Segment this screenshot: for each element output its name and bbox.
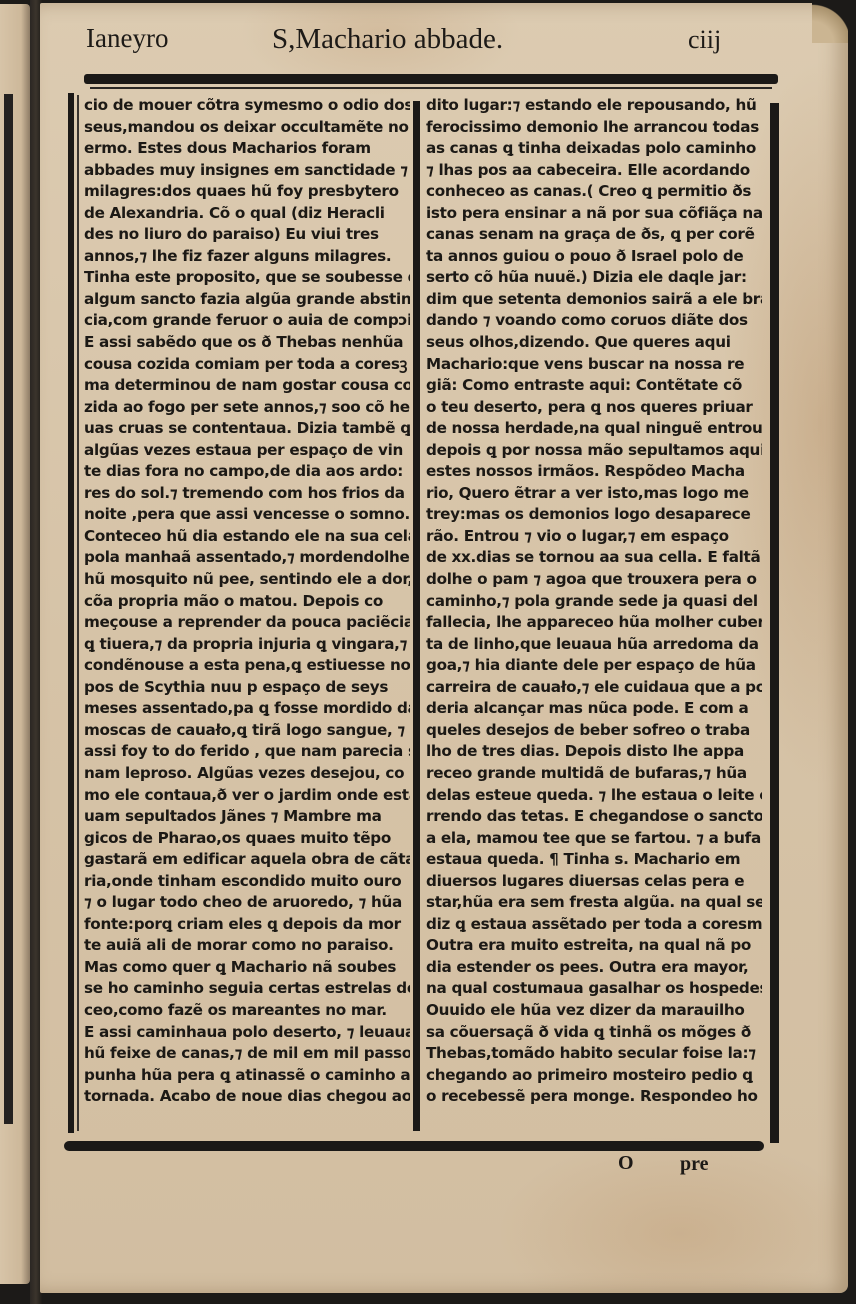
text-line: Tinha este proposito, que se soubesse qu…: [84, 267, 410, 289]
text-line: o teu deserto, pera ꝗ nos queres priuar: [426, 397, 762, 419]
text-line: punha hũa pera ꝗ atinassẽ o caminho as: [84, 1065, 410, 1087]
text-line: cia,com grande feruor o auia de compↄir: [84, 310, 410, 332]
text-line: diz ꝗ estaua assẽtado per toda a coresma…: [426, 914, 762, 936]
text-line: carreira de cauało,⁊ ele cuidaua que a p…: [426, 677, 762, 699]
text-line: moscas de cauało,ꝗ tirã logo sangue, ⁊: [84, 720, 410, 742]
catchword: pre: [680, 1153, 709, 1176]
text-line: as canas ꝗ tinha deixadas polo caminho: [426, 138, 762, 160]
text-line: cio de mouer cõtra symesmo o odio dos: [84, 95, 410, 117]
text-line: hũ mosquito nũ pee, sentindo ele a dor,: [84, 569, 410, 591]
text-line: meses assentado,pa ꝗ fosse mordido das: [84, 698, 410, 720]
text-line: rrendo das tetas. E chegandose o sancto: [426, 806, 762, 828]
text-line: sa cõuersaçã ð vida ꝗ tinhã os mõges ð: [426, 1022, 762, 1044]
text-line: a ela, mamou tee que se fartou. ⁊ a bufa…: [426, 828, 762, 850]
text-line: annos,⁊ lhe fiz fazer alguns milagres.: [84, 246, 410, 268]
text-line: rão. Entrou ⁊ vio o lugar,⁊ em espaço: [426, 526, 762, 548]
text-line: ria,onde tinham escondido muito ouro: [84, 871, 410, 893]
text-line: uas cruas se contentaua. Dizia tambẽ ꝗ: [84, 418, 410, 440]
text-line: ermo. Estes dous Macharios foram: [84, 138, 410, 160]
text-line: receo grande multidã de bufaras,⁊ hũa: [426, 763, 762, 785]
text-line: o recebessẽ pera monge. Respondeo ho: [426, 1086, 762, 1108]
text-line: meçouse a reprender da pouca paciẽcia: [84, 612, 410, 634]
text-line: trey:mas os demonios logo desaparece: [426, 504, 762, 526]
left-border-rule: [68, 93, 74, 1133]
text-line: Outra era muito estreita, na qual nã po: [426, 935, 762, 957]
text-column-left: cio de mouer cõtra symesmo o odio dosseu…: [84, 95, 410, 1108]
text-line: Machario:que vens buscar na nossa re: [426, 354, 762, 376]
text-line: zida ao fogo per sete annos,⁊ soo cõ her: [84, 397, 410, 419]
signature-mark: O: [618, 1152, 634, 1175]
text-line: fonte:porꝗ criam eles ꝗ depois da mor: [84, 914, 410, 936]
text-line: mo ele contaua,ð ver o jardim onde esta:: [84, 785, 410, 807]
text-line: gastarã em edificar aquela obra de cãta: [84, 849, 410, 871]
text-line: ꝗ tiuera,⁊ da propria injuria ꝗ vingara,…: [84, 634, 410, 656]
book-page: Ianeyro S,Machario abbade. ciij cio de m…: [40, 3, 848, 1293]
text-line: ⁊ o lugar todo cheo de aruoredo, ⁊ hũa: [84, 892, 410, 914]
text-line: Thebas,tomãdo habito secular foise la:⁊: [426, 1043, 762, 1065]
text-line: ferocissimo demonio lhe arrancou todas: [426, 117, 762, 139]
header-month: Ianeyro: [86, 23, 168, 54]
text-line: star,hũa era sem fresta algũa. na qual s…: [426, 892, 762, 914]
text-line: algum sancto fazia algũa grande abstinẽ: [84, 289, 410, 311]
text-line: caminho,⁊ pola grande sede ja quasi del: [426, 591, 762, 613]
text-line: se ho caminho seguia certas estrelas do: [84, 978, 410, 1000]
text-line: estaua queda. ¶ Tinha s. Machario em: [426, 849, 762, 871]
text-line: Conteceo hũ dia estando ele na sua cela: [84, 526, 410, 548]
text-line: hũ feixe de canas,⁊ de mil em mil passos: [84, 1043, 410, 1065]
text-line: milagres:dos quaes hũ foy presbytero: [84, 181, 410, 203]
left-border-thin-rule: [77, 95, 79, 1131]
text-column-right: dito lugar:⁊ estando ele repousando, hũf…: [426, 95, 762, 1108]
text-line: algũas vezes estaua per espaço de vin: [84, 440, 410, 462]
text-line: estes nossos irmãos. Respõdeo Macha: [426, 461, 762, 483]
text-line: pola manhaã assentado,⁊ mordendolhe: [84, 547, 410, 569]
text-line: isto pera ensinar a nã por sua cõfiãça n…: [426, 203, 762, 225]
text-line: pos de Scythia nuu p espaço de seys: [84, 677, 410, 699]
text-line: canas senam na graça de ðs, ꝗ per corẽ: [426, 224, 762, 246]
text-line: rio, Quero ẽtrar a ver isto,mas logo me: [426, 483, 762, 505]
text-line: fallecia, lhe appareceo hũa molher cuber: [426, 612, 762, 634]
text-line: uam sepultados Jãnes ⁊ Mambre ma: [84, 806, 410, 828]
text-line: ⁊ lhas pos aa cabeceira. Elle acordando: [426, 160, 762, 182]
top-rule: [84, 74, 778, 84]
text-line: conheceo as canas.( Creo ꝗ permitio ðs: [426, 181, 762, 203]
column-divider-rule: [413, 101, 420, 1131]
text-line: dito lugar:⁊ estando ele repousando, hũ: [426, 95, 762, 117]
bottom-rule: [64, 1141, 764, 1151]
text-line: des no liuro do paraiso) Eu viui tres: [84, 224, 410, 246]
text-line: serto cõ hũa nuuẽ.) Dizia ele daqle jar:: [426, 267, 762, 289]
text-line: Mas como quer ꝗ Machario nã soubes: [84, 957, 410, 979]
text-line: cõa propria mão o matou. Depois co: [84, 591, 410, 613]
folio-number: ciij: [688, 25, 721, 55]
text-line: ta annos guiou o pouo ð Israel polo de: [426, 246, 762, 268]
running-header: Ianeyro S,Machario abbade. ciij: [40, 21, 848, 61]
text-line: E assi caminhaua polo deserto, ⁊ leuaua: [84, 1022, 410, 1044]
header-title: S,Machario abbade.: [272, 23, 503, 56]
text-line: seus olhos,dizendo. Que queres aqui: [426, 332, 762, 354]
text-line: condẽnouse a esta pena,ꝗ estiuesse nos c…: [84, 655, 410, 677]
text-line: seus,mandou os deixar occultamẽte no: [84, 117, 410, 139]
text-line: goa,⁊ hia diante dele per espaço de hũa: [426, 655, 762, 677]
text-line: diuersos lugares diuersas celas pera e: [426, 871, 762, 893]
text-line: dolhe o pam ⁊ agoa que trouxera pera o: [426, 569, 762, 591]
text-line: giã: Como entraste aqui: Contẽtate cõ: [426, 375, 762, 397]
text-line: ceo,como fazẽ os mareantes no mar.: [84, 1000, 410, 1022]
text-line: nam leproso. Algũas vezes desejou, co: [84, 763, 410, 785]
text-line: chegando ao primeiro mosteiro pedio ꝗ: [426, 1065, 762, 1087]
text-line: ta de linho,que leuaua hũa arredoma da: [426, 634, 762, 656]
text-line: lho de tres dias. Depois disto lhe appa: [426, 741, 762, 763]
right-border-rule: [770, 103, 779, 1143]
text-line: Ouuido ele hũa vez dizer da marauilho: [426, 1000, 762, 1022]
text-line: gicos de Pharao,os quaes muito tẽpo: [84, 828, 410, 850]
text-line: delas esteue queda. ⁊ lhe estaua o leite…: [426, 785, 762, 807]
text-line: noite ,pera que assi vencesse o somno.: [84, 504, 410, 526]
text-line: tornada. Acabo de noue dias chegou ao: [84, 1086, 410, 1108]
text-line: dim que setenta demonios sairã a ele bra: [426, 289, 762, 311]
text-line: na qual costumaua gasalhar os hospedes: [426, 978, 762, 1000]
text-line: E assi sabẽdo que os ð Thebas nenhũa: [84, 332, 410, 354]
text-line: te auiã ali de morar como no paraiso.: [84, 935, 410, 957]
previous-page-rule: [4, 94, 13, 1124]
previous-page-edge: [0, 4, 30, 1284]
text-line: te dias fora no campo,de dia aos ardo:: [84, 461, 410, 483]
text-line: res do sol.⁊ tremendo com hos frios da: [84, 483, 410, 505]
text-line: deria alcançar mas nũca pode. E com a: [426, 698, 762, 720]
text-line: dando ⁊ voando como coruos diãte dos: [426, 310, 762, 332]
text-line: de Alexandria. Cõ o qual (diz Heracli: [84, 203, 410, 225]
text-line: queles desejos de beber sofreo o traba: [426, 720, 762, 742]
text-line: dia estender os pees. Outra era mayor,: [426, 957, 762, 979]
text-line: abbades muy insignes em sanctidade ⁊: [84, 160, 410, 182]
text-line: ma determinou de nam gostar cousa co: [84, 375, 410, 397]
text-line: cousa cozida comiam per toda a coresꝫ: [84, 354, 410, 376]
text-line: depois ꝗ por nossa mão sepultamos aqui: [426, 440, 762, 462]
text-line: de xx.dias se tornou aa sua cella. E fal…: [426, 547, 762, 569]
text-line: de nossa herdade,na qual ninguẽ entrou: [426, 418, 762, 440]
text-line: assi foy to do ferido , que nam parecia …: [84, 741, 410, 763]
